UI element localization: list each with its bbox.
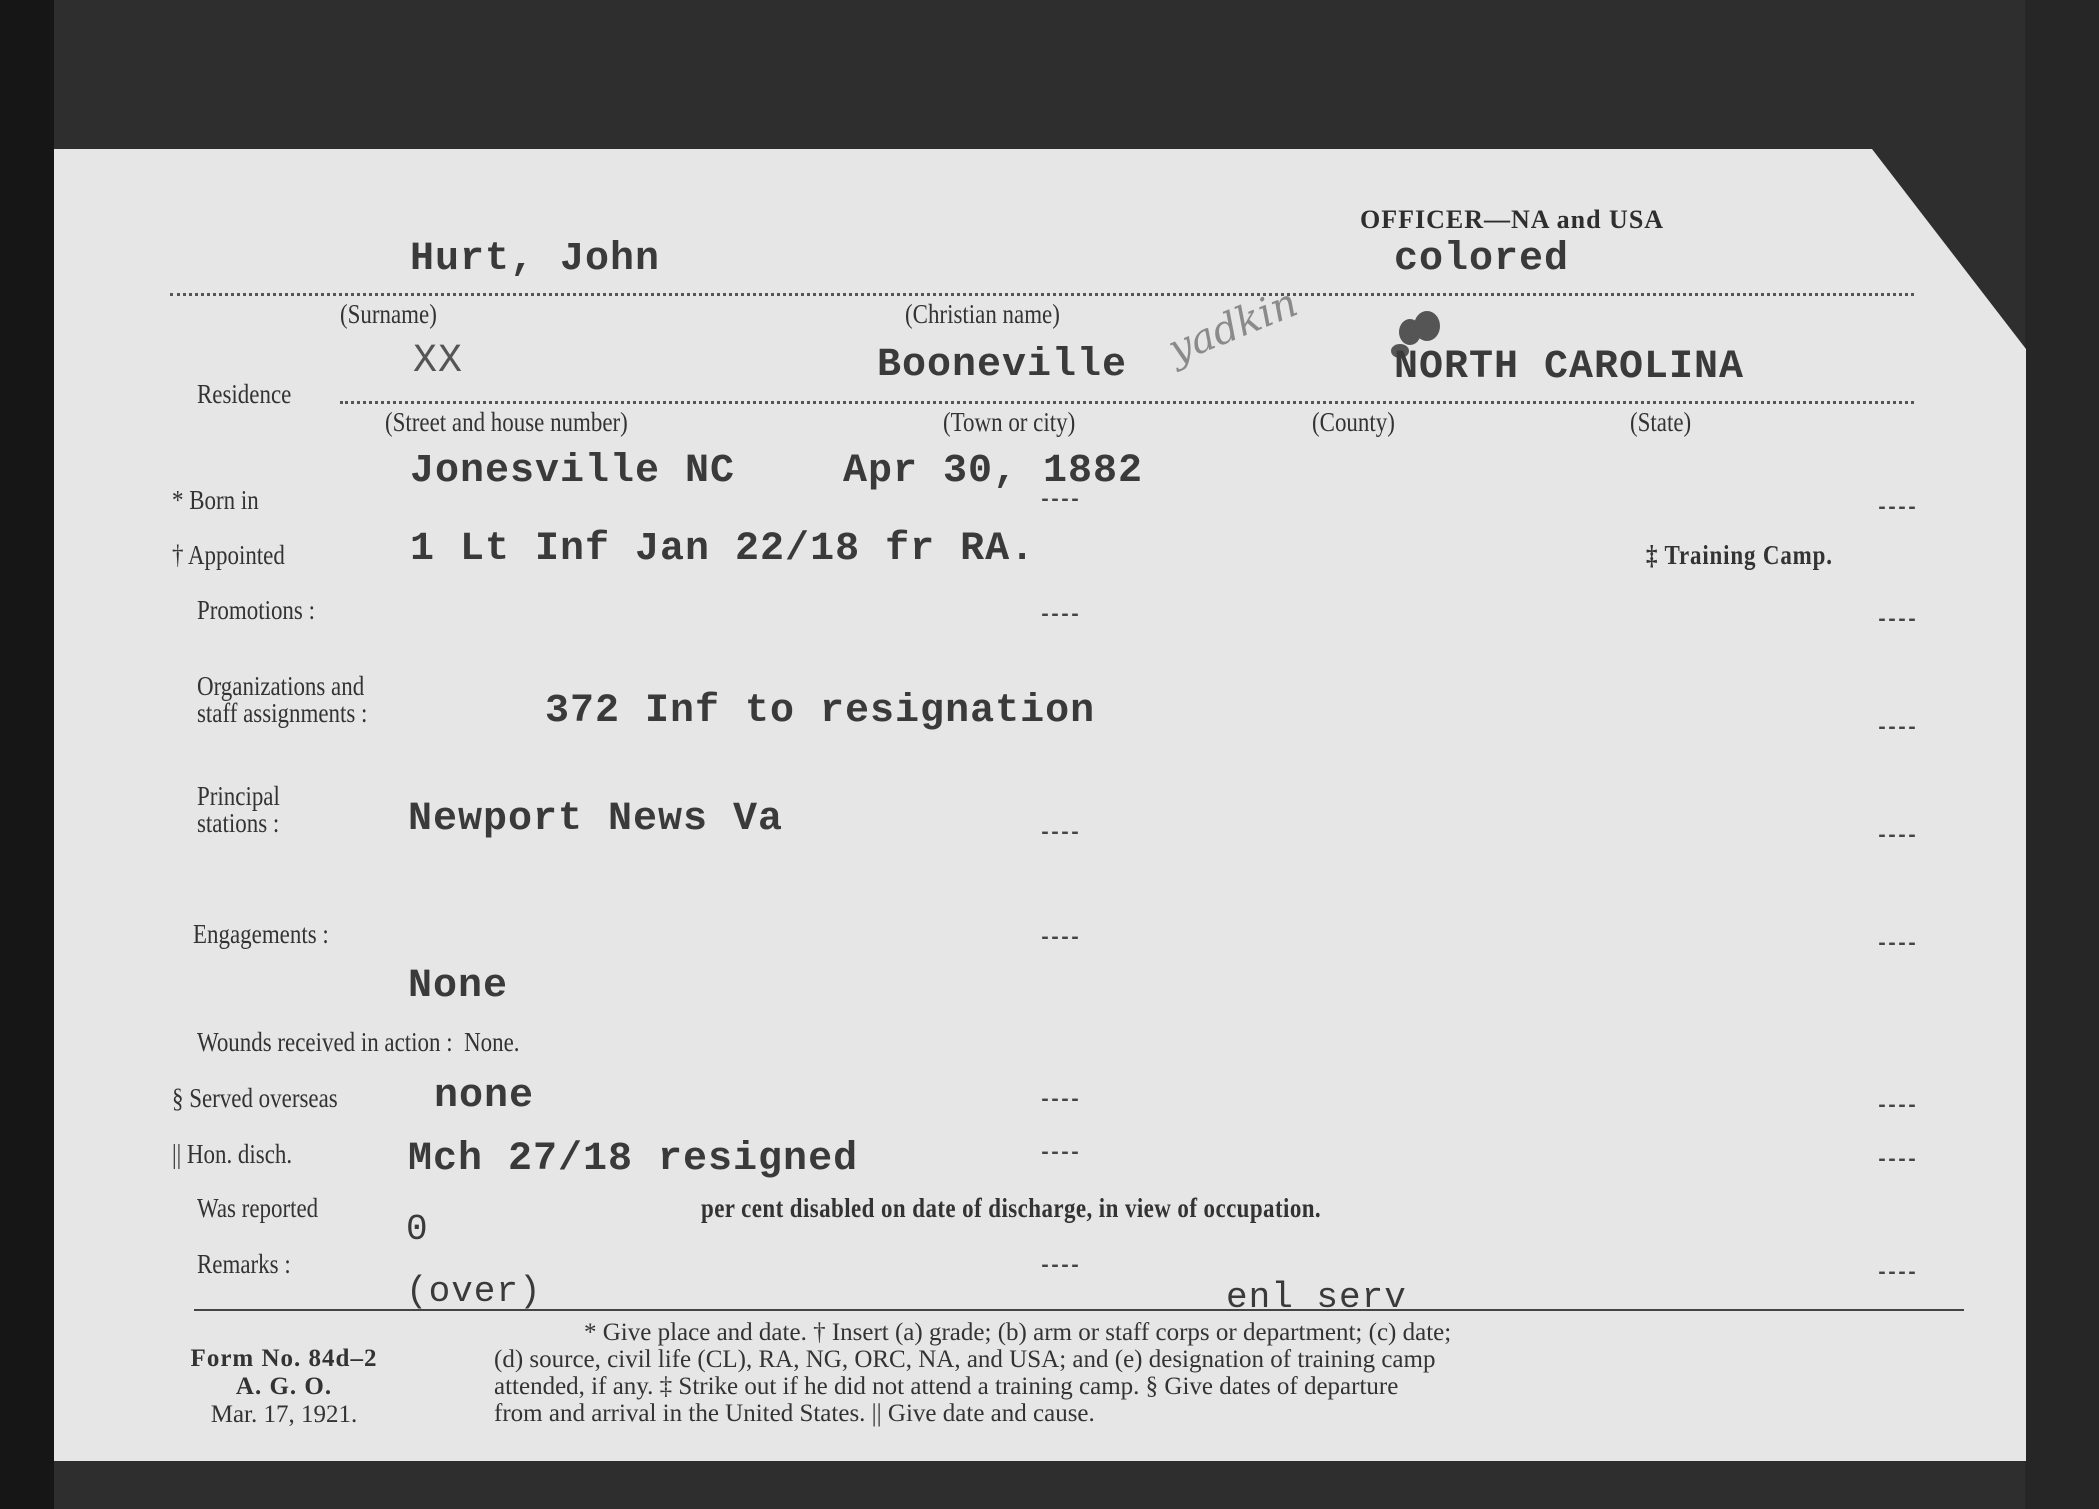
form-number: Form No. 84d–2 <box>154 1345 414 1373</box>
hon-disch-value: Mch 27/18 resigned <box>408 1137 858 1182</box>
dash-mark: ---- <box>1876 497 1916 520</box>
instruction-line: attended, if any. ‡ Strike out if he did… <box>494 1373 1974 1400</box>
wounds-label: Wounds received in action : None. <box>197 1027 520 1058</box>
disability-suffix: per cent disabled on date of discharge, … <box>701 1193 1321 1224</box>
dash-mark: ---- <box>1039 1089 1079 1112</box>
street-label: (Street and house number) <box>385 407 628 438</box>
dash-mark: ---- <box>1039 1142 1079 1165</box>
born-in-label: * Born in <box>172 485 259 516</box>
served-overseas-value: none <box>434 1074 534 1119</box>
dash-mark: ---- <box>1876 1095 1916 1118</box>
form-date: Mar. 17, 1921. <box>154 1401 414 1429</box>
town-label: (Town or city) <box>943 407 1075 438</box>
residence-label: Residence <box>197 379 291 410</box>
instruction-line: from and arrival in the United States. |… <box>494 1400 1974 1427</box>
appointed-value: 1 Lt Inf Jan 22/18 fr RA. <box>410 527 1035 572</box>
engagements-label: Engagements : <box>193 919 329 950</box>
organizations-value: 372 Inf to resignation <box>545 689 1095 734</box>
dash-mark: ---- <box>1876 933 1916 956</box>
dash-mark: ---- <box>1039 489 1079 512</box>
engagements-value: None <box>408 964 508 1009</box>
hon-disch-label: || Hon. disch. <box>172 1139 292 1170</box>
officer-name: Hurt, John <box>410 237 660 282</box>
residence-street: XX <box>413 339 463 384</box>
footer-divider <box>194 1309 1964 1311</box>
name-dotted-line <box>170 293 1914 296</box>
christian-name-label: (Christian name) <box>905 299 1060 330</box>
service-record-card: OFFICER—NA and USA colored Hurt, John (S… <box>54 149 2026 1461</box>
overtyped-note: enl serv <box>1226 1277 1407 1318</box>
surname-label: (Surname) <box>340 299 437 330</box>
served-overseas-label: § Served overseas <box>172 1083 338 1114</box>
residence-town: Booneville <box>877 343 1127 388</box>
dash-mark: ---- <box>1039 822 1079 845</box>
dash-mark: ---- <box>1876 1149 1916 1172</box>
form-type-header: OFFICER—NA and USA <box>1360 205 1664 235</box>
born-date: Apr 30, 1882 <box>843 449 1143 494</box>
training-camp-label: ‡ Training Camp. <box>1646 540 1833 571</box>
state-label: (State) <box>1630 407 1691 438</box>
dash-mark: ---- <box>1876 1262 1916 1285</box>
dash-mark: ---- <box>1876 825 1916 848</box>
dash-mark: ---- <box>1876 609 1916 632</box>
race-note: colored <box>1394 237 1569 282</box>
appointed-label: † Appointed <box>172 540 285 571</box>
dark-border-right <box>2025 0 2099 1509</box>
dash-mark: ---- <box>1039 1255 1079 1278</box>
organizations-label: Organizations andstaff assignments : <box>197 673 367 727</box>
ink-blot <box>1414 311 1440 341</box>
dash-mark: ---- <box>1039 927 1079 950</box>
dark-border-left <box>0 0 54 1509</box>
born-place: Jonesville NC <box>410 449 735 494</box>
remarks-value: (over) <box>406 1271 542 1312</box>
residence-state: NORTH CAROLINA <box>1394 345 1744 390</box>
was-reported-label: Was reported <box>197 1193 318 1224</box>
disability-percent: 0 <box>406 1209 429 1250</box>
instruction-line: (d) source, civil life (CL), RA, NG, ORC… <box>494 1346 1974 1373</box>
instruction-line: * Give place and date. † Insert (a) grad… <box>494 1319 1974 1346</box>
form-agency: A. G. O. <box>154 1373 414 1401</box>
remarks-label: Remarks : <box>197 1249 291 1280</box>
form-identifier: Form No. 84d–2 A. G. O. Mar. 17, 1921. <box>154 1345 414 1429</box>
dash-mark: ---- <box>1876 717 1916 740</box>
county-label: (County) <box>1312 407 1395 438</box>
principal-stations-label: Principalstations : <box>197 783 280 837</box>
dash-mark: ---- <box>1039 604 1079 627</box>
principal-stations-value: Newport News Va <box>408 797 783 842</box>
footer-instructions: * Give place and date. † Insert (a) grad… <box>494 1319 1974 1427</box>
residence-dotted-line <box>340 401 1914 404</box>
promotions-label: Promotions : <box>197 595 315 626</box>
